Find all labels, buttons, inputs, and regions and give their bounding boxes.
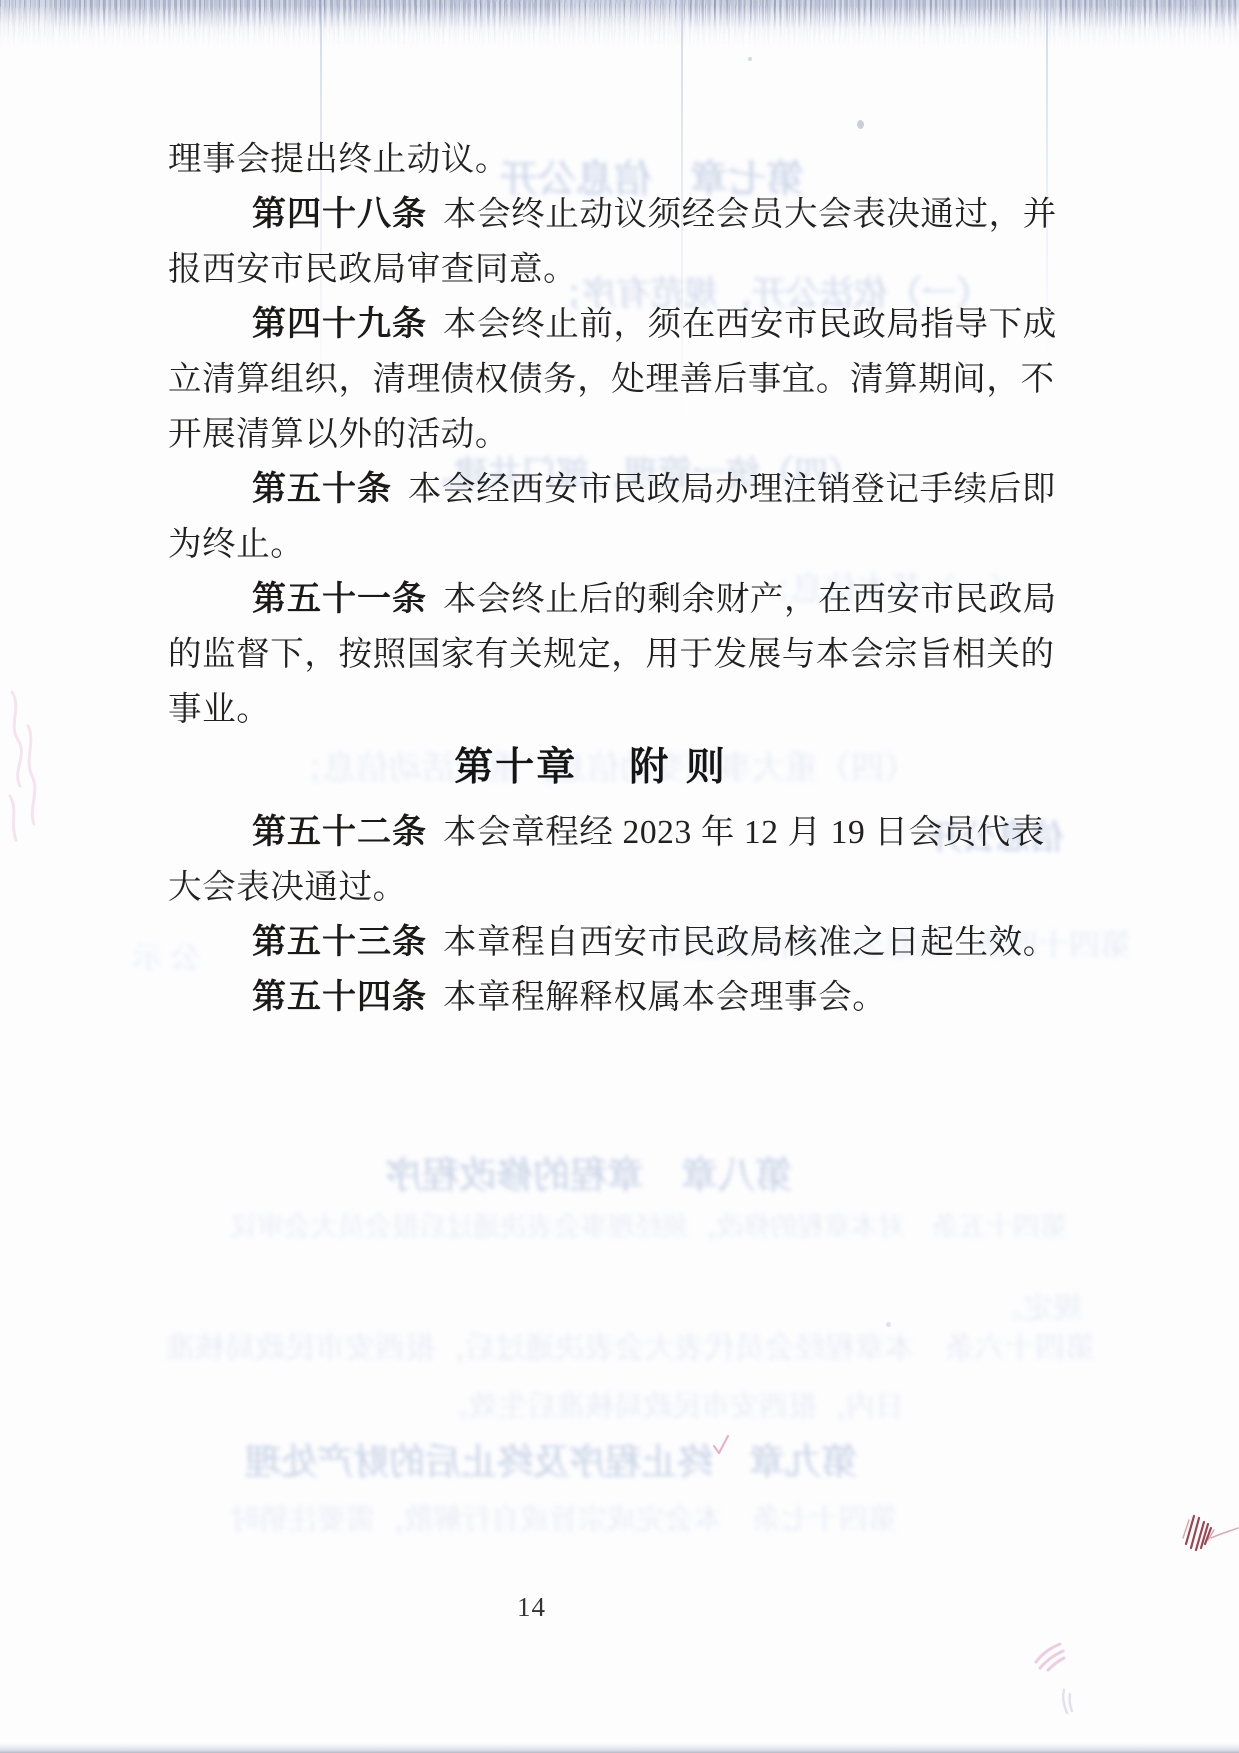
bleedthrough-text: 第四十五条 对本章程的修改，须经理事会表决通过后报会员大会审议	[230, 1205, 1067, 1244]
pink-smudge	[1030, 1636, 1074, 1680]
dust-speck	[857, 120, 864, 129]
article-number: 第五十条	[252, 469, 392, 509]
paragraph-text: 本章程自西安市民政局核准之日起生效。	[443, 924, 1057, 961]
red-pen-scribble	[1178, 1504, 1239, 1566]
bleedthrough-text: 第四十七条 本会完成宗旨或自行解散，需要注销时	[230, 1497, 897, 1538]
paragraph-article-53: 第五十三条本章程自西安市民政局核准之日起生效。	[168, 915, 1073, 970]
closing-articles: 第五十二条本会章程经 2023 年 12 月 19 日会员代表大会表决通过。 第…	[168, 805, 1073, 1025]
bleedthrough-text: 规定。	[993, 1283, 1083, 1327]
dust-speck	[886, 1322, 891, 1327]
dust-speck	[748, 57, 752, 61]
bleedthrough-text: 第九章 终止程序及终止后的财产处理	[245, 1434, 857, 1485]
paragraph-article-49: 第四十九条本会终止前，须在西安市民政局指导下成立清算组织，清理债权债务，处理善后…	[168, 297, 1073, 462]
scanner-noise-patch	[690, 0, 1020, 30]
scan-bottom-edge	[0, 1743, 1239, 1753]
paragraph-continuation: 理事会提出终止动议。	[168, 132, 1073, 187]
paragraph-text: 本章程解释权属本会理事会。	[443, 979, 886, 1016]
pink-tick-mark	[710, 1432, 732, 1458]
article-number: 第五十三条	[252, 922, 427, 962]
paragraph-text: 理事会提出终止动议。	[168, 141, 509, 178]
chapter-heading: 第十章附 则	[138, 739, 1043, 797]
paragraph-article-50: 第五十条本会经西安市民政局办理注销登记手续后即为终止。	[168, 462, 1073, 572]
paragraph-article-52: 第五十二条本会章程经 2023 年 12 月 19 日会员代表大会表决通过。	[168, 805, 1073, 915]
scanned-document-page: 第七章 信息公开 （一）依法公开，规范有序； （四）统一管理，部门共建。 （一）…	[0, 0, 1239, 1753]
paragraph-article-51: 第五十一条本会终止后的剩余财产，在西安市民政局的监督下，按照国家有关规定，用于发…	[168, 572, 1073, 737]
pale-fleck	[1056, 1686, 1078, 1716]
article-number: 第四十八条	[252, 194, 427, 234]
chapter-number: 第十章	[454, 745, 577, 790]
scanner-noise-patch	[55, 0, 560, 30]
bleedthrough-text: 第四十六条 本章程经会员代表大会表决通过后，报西安市民政局核准	[165, 1323, 1095, 1367]
left-edge-pink-squiggle	[2, 686, 46, 846]
document-body: 理事会提出终止动议。 第四十八条本会终止动议须经会员大会表决通过，并报西安市民政…	[168, 132, 1073, 1025]
scanner-noise-patch	[1060, 0, 1239, 30]
chapter-title: 附 则	[629, 745, 727, 790]
page-number: 14	[517, 1592, 546, 1623]
paragraph-article-48: 第四十八条本会终止动议须经会员大会表决通过，并报西安市民政局审查同意。	[168, 187, 1073, 297]
paragraph-article-54: 第五十四条本章程解释权属本会理事会。	[168, 970, 1073, 1025]
article-number: 第五十一条	[252, 579, 427, 619]
bleedthrough-text: 日内，报西安市民政局核准后生效。	[440, 1384, 904, 1425]
article-number: 第五十二条	[252, 812, 427, 852]
article-number: 第五十四条	[252, 977, 427, 1017]
article-number: 第四十九条	[252, 304, 427, 344]
bleedthrough-text: 第八章 章程的修改程序	[385, 1145, 792, 1199]
